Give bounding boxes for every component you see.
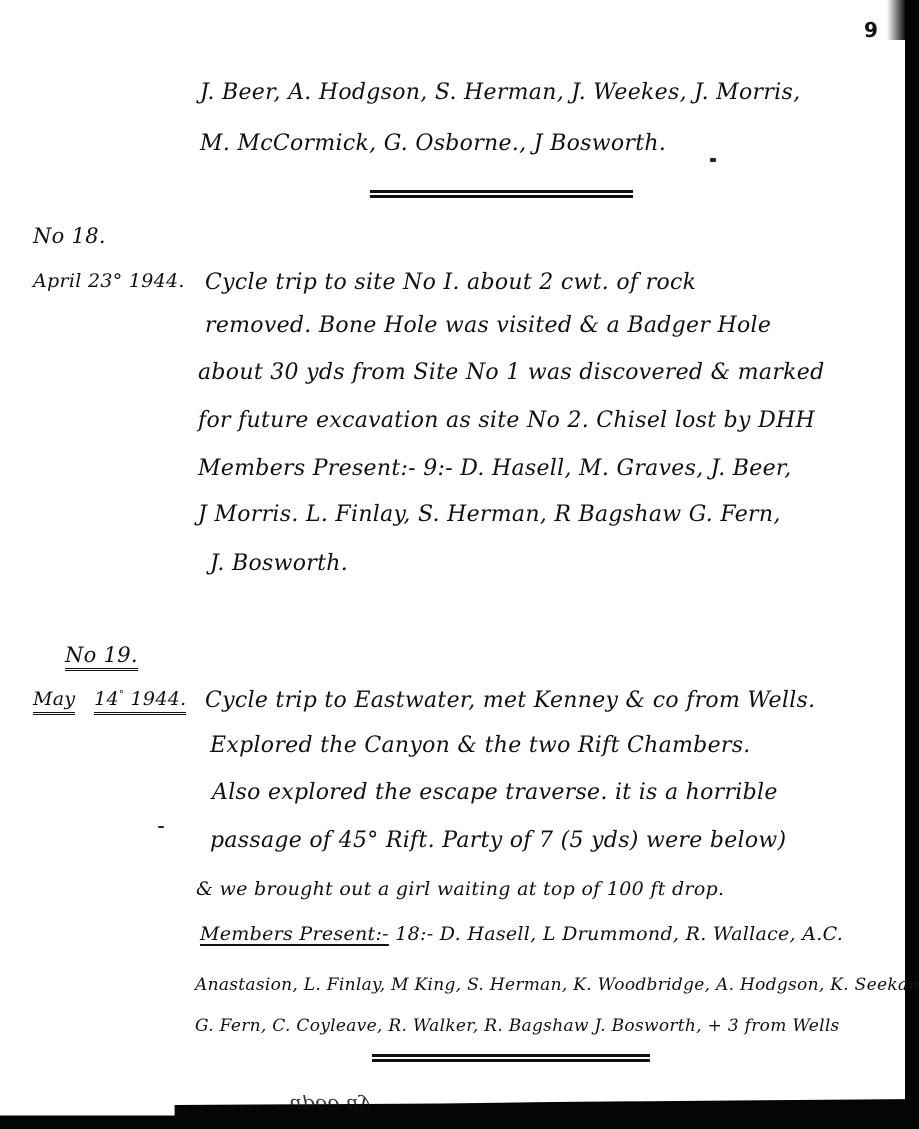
entry-19-line-5: & we brought out a girl waiting at top o… (196, 880, 724, 899)
section-divider-rule (370, 190, 633, 198)
entry-18-line-6: J Morris. L. Finlay, S. Herman, R Bagsha… (198, 504, 781, 526)
bottom-divider-rule (372, 1054, 650, 1062)
entry-19-line-1: Cycle trip to Eastwater, met Kenney & co… (205, 690, 815, 712)
page-number: 9 (864, 18, 878, 42)
scan-edge-shadow (887, 0, 905, 40)
entry-date-19-month: May (33, 688, 75, 715)
scan-edge-bottom (0, 1099, 919, 1129)
entry-date-19-year: 1944. (131, 688, 187, 710)
bottom-torn-fragment: apoo ay (290, 1096, 371, 1116)
entry-18-line-1: Cycle trip to site No I. about 2 cwt. of… (205, 272, 696, 294)
entry-18-line-2: removed. Bone Hole was visited & a Badge… (205, 315, 771, 337)
logbook-page: 9 J. Beer, A. Hodgson, S. Herman, J. Wee… (0, 0, 919, 1129)
entry-number-19: No 19. (65, 645, 138, 671)
entry-19-line-3: Also explored the escape traverse. it is… (212, 782, 778, 804)
entry-19-members-line-2: Anastasion, L. Finlay, M King, S. Herman… (195, 977, 919, 994)
ink-speck (710, 158, 716, 162)
entry-19-members-line-3: G. Fern, C. Coyleave, R. Walker, R. Bags… (195, 1018, 840, 1035)
entry-date-18: April 23° 1944. (33, 272, 185, 291)
members-present-label: Members Present:- (200, 923, 389, 945)
continued-members-line-2: M. McCormick, G. Osborne., J Bosworth. (200, 133, 666, 155)
continued-members-line-1: J. Beer, A. Hodgson, S. Herman, J. Weeke… (200, 82, 800, 104)
entry-number-18: No 18. (33, 226, 106, 247)
entry-19-members-line-1: Members Present:- 18:- D. Hasell, L Drum… (200, 925, 843, 944)
entry-date-19-day: 14 (94, 688, 119, 710)
entry-18-line-7: J. Bosworth. (210, 553, 348, 575)
scan-edge-right (905, 0, 919, 1129)
entry-18-line-4: for future excavation as site No 2. Chis… (198, 410, 815, 432)
entry-date-19-day-year: 14° 1944. (94, 688, 186, 715)
entry-date-19: May 14° 1944. (33, 690, 186, 709)
entry-19-line-2: Explored the Canyon & the two Rift Chamb… (210, 735, 751, 757)
entry-19-line-4: passage of 45° Rift. Party of 7 (5 yds) … (210, 830, 786, 852)
members-present-rest: 18:- D. Hasell, L Drummond, R. Wallace, … (389, 923, 843, 945)
entry-18-line-5: Members Present:- 9:- D. Hasell, M. Grav… (198, 458, 792, 480)
entry-18-line-3: about 30 yds from Site No 1 was discover… (198, 362, 825, 384)
ink-dash (158, 826, 164, 828)
